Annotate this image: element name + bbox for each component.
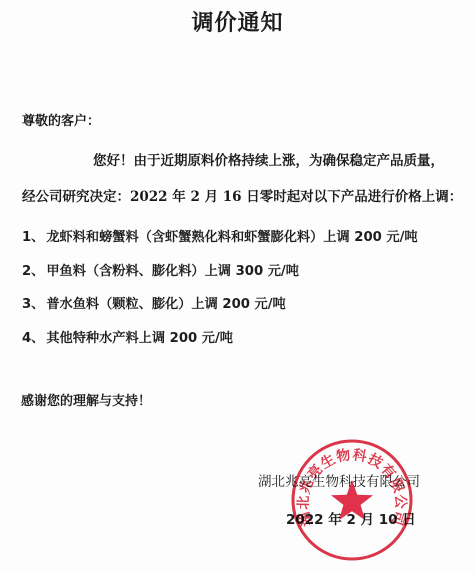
list-item-text: 其他特种水产料上调 200 元/吨 bbox=[46, 331, 233, 346]
list-item-number: 1、 bbox=[22, 230, 44, 245]
list-item-number: 2、 bbox=[22, 264, 44, 279]
list-item: 2、甲鱼料（含粉料、膨化料）上调 300 元/吨 bbox=[22, 260, 299, 279]
paragraph-line-2: 经公司研究决定：2022 年 2 月 16 日零时起对以下产品进行价格上调： bbox=[22, 185, 462, 205]
salutation: 尊敬的客户： bbox=[22, 110, 100, 129]
list-item: 3、普水鱼料（颗粒、膨化）上调 200 元/吨 bbox=[22, 293, 286, 312]
list-item-text: 普水鱼料（颗粒、膨化）上调 200 元/吨 bbox=[46, 297, 285, 312]
list-item-number: 3、 bbox=[22, 297, 44, 312]
list-item-text: 龙虾料和螃蟹料（含虾蟹熟化料和虾蟹膨化料）上调 200 元/吨 bbox=[46, 230, 417, 245]
list-item: 4、其他特种水产料上调 200 元/吨 bbox=[22, 327, 233, 346]
list-item-text: 甲鱼料（含粉料、膨化料）上调 300 元/吨 bbox=[46, 264, 299, 279]
signature-company: 湖北兆亮生物科技有限公司 bbox=[258, 470, 420, 490]
price-adjustment-notice: 调价通知 尊敬的客户： 您好！由于近期原料价格持续上涨，为确保稳定产品质量， 经… bbox=[0, 0, 475, 573]
paragraph-line-1: 您好！由于近期原料价格持续上涨，为确保稳定产品质量， bbox=[93, 149, 444, 169]
closing-thanks: 感谢您的理解与支持！ bbox=[21, 390, 151, 409]
list-item: 1、龙虾料和螃蟹料（含虾蟹熟化料和虾蟹膨化料）上调 200 元/吨 bbox=[22, 226, 418, 245]
document-title: 调价通知 bbox=[0, 6, 475, 37]
signature-date: 2022 年 2 月 10 日 bbox=[286, 508, 416, 528]
list-item-number: 4、 bbox=[22, 331, 44, 346]
company-seal-stamp: 湖北兆亮生物科技有限公司 bbox=[290, 438, 414, 562]
